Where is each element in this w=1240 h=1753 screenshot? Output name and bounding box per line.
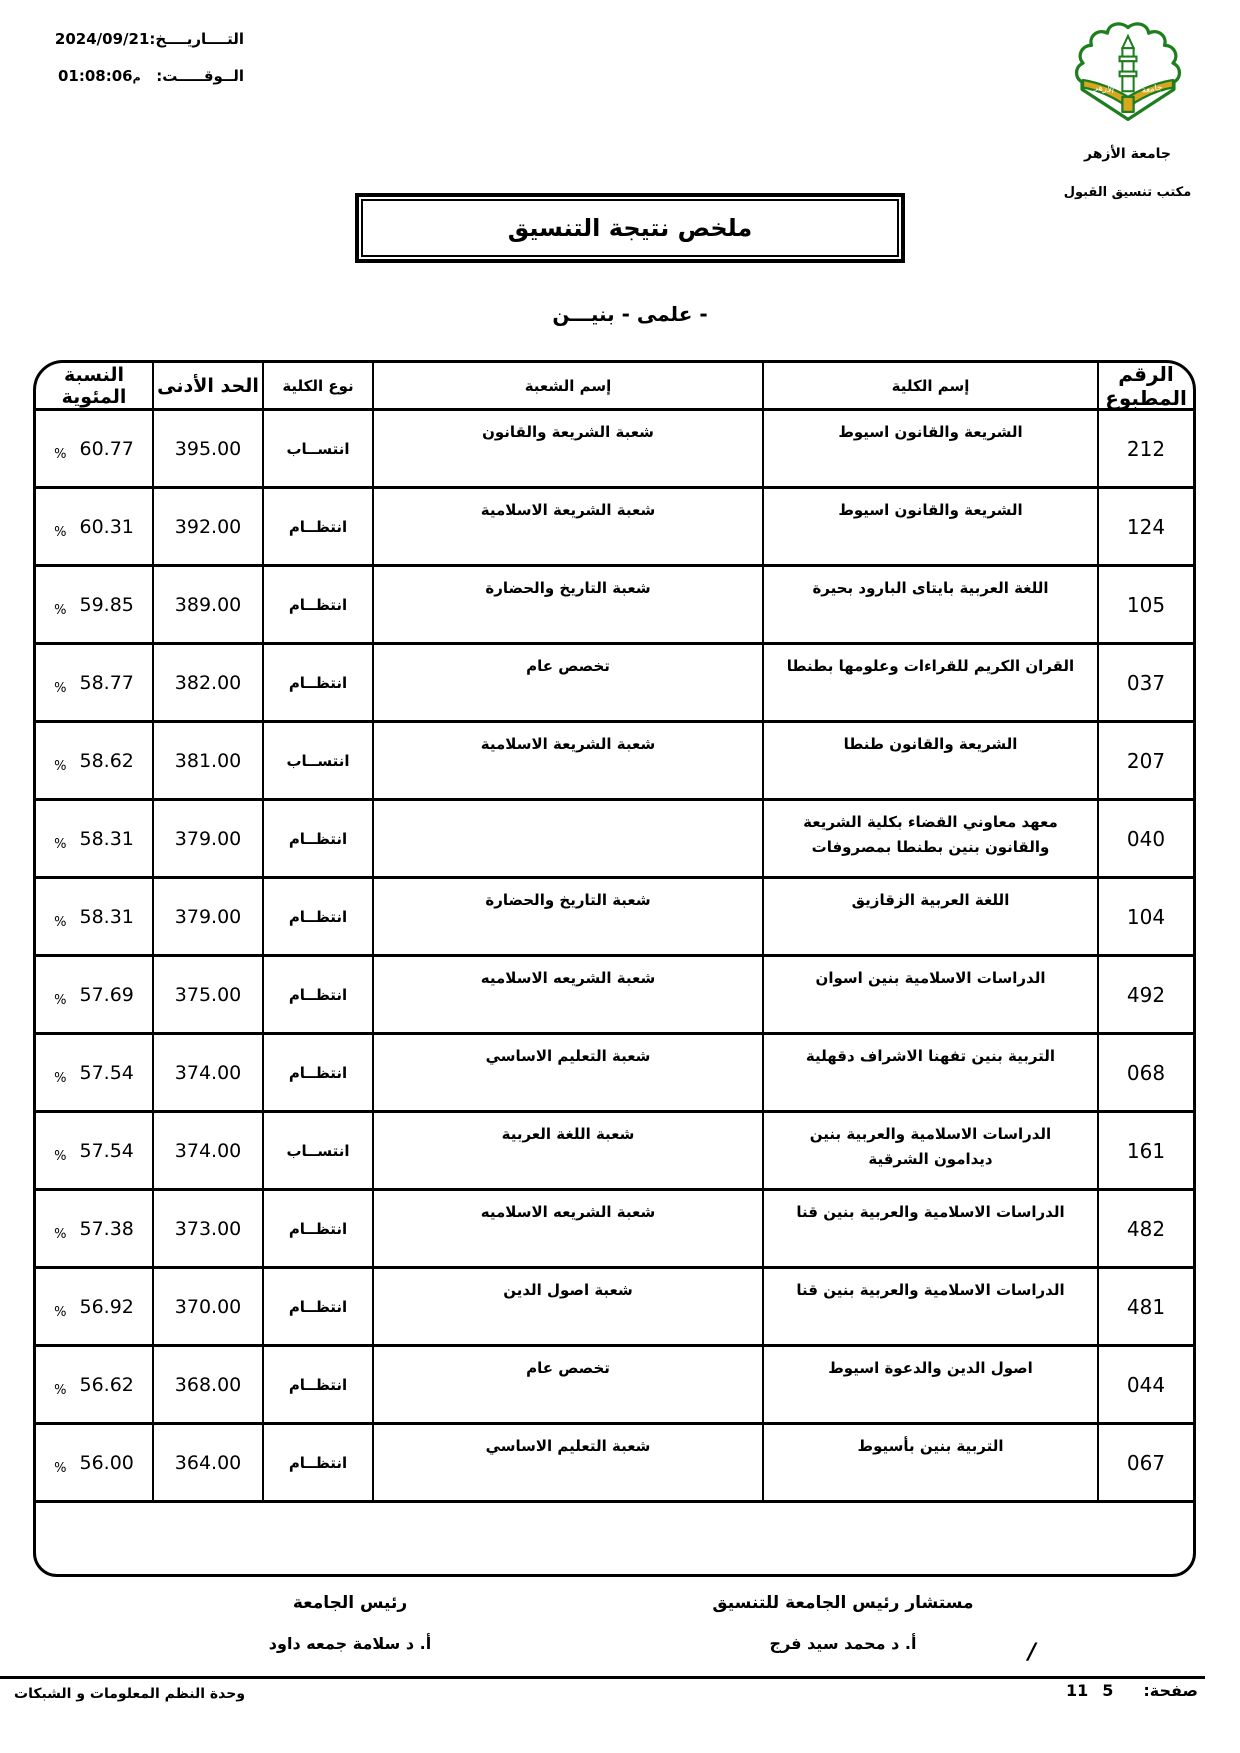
percentage-value: 56.00 [79, 1452, 133, 1474]
percent-sign: % [54, 837, 66, 852]
cell-percentage: 58.77 % [36, 645, 152, 720]
cell-percentage: 58.31 % [36, 879, 152, 954]
table-header-row: الرقم المطبوع إسم الكلية إسم الشعبة نوع … [36, 363, 1193, 411]
page-label: صفحة: [1143, 1681, 1198, 1700]
cell-minimum-score: 389.00 [152, 567, 262, 642]
percentage-value: 58.31 [79, 906, 133, 928]
cell-minimum-score: 379.00 [152, 879, 262, 954]
cell-percentage: 56.92 % [36, 1269, 152, 1344]
university-president-name: أ. د سلامة جمعه داود [160, 1634, 540, 1653]
percent-sign: % [54, 993, 66, 1008]
percentage-value: 60.31 [79, 516, 133, 538]
cell-printed-number: 212 [1097, 411, 1193, 486]
date-row: التــــاريــــخ: 2024/09/21 [58, 30, 244, 48]
table-row: 207 الشريعة والقانون طنطا شعبة الشريعة ا… [36, 723, 1193, 801]
cell-branch-name: شعبة الشريعه الاسلاميه [372, 1191, 762, 1266]
cell-branch-name: تخصص عام [372, 645, 762, 720]
table-row: 161 الدراسات الاسلامية والعربية بنين ديد… [36, 1113, 1193, 1191]
cell-branch-name: شعبة الشريعة الاسلامية [372, 489, 762, 564]
percent-sign: % [54, 525, 66, 540]
university-president-title: رئيس الجامعة [160, 1593, 540, 1613]
percent-sign: % [54, 1149, 66, 1164]
results-table: الرقم المطبوع إسم الكلية إسم الشعبة نوع … [33, 360, 1196, 1577]
date-value: 2024/09/21 [55, 30, 149, 48]
cell-minimum-score: 374.00 [152, 1113, 262, 1188]
percent-sign: % [54, 1383, 66, 1398]
cell-college-type: انتظــام [262, 645, 372, 720]
cell-printed-number: 161 [1097, 1113, 1193, 1188]
cell-branch-name: شعبة التاريخ والحضارة [372, 567, 762, 642]
cell-branch-name: تخصص عام [372, 1347, 762, 1422]
table-row: 105 اللغة العربية بايتاى البارود بحيرة ش… [36, 567, 1193, 645]
table-row: 044 اصول الدين والدعوة اسيوط تخصص عام ان… [36, 1347, 1193, 1425]
percent-sign: % [54, 1227, 66, 1242]
cell-college-name: الدراسات الاسلامية والعربية بنين ديدامون… [762, 1113, 1097, 1188]
table-empty-area [36, 1503, 1193, 1574]
cell-college-type: انتظــام [262, 801, 372, 876]
cell-printed-number: 207 [1097, 723, 1193, 798]
cell-branch-name: شعبة التاريخ والحضارة [372, 879, 762, 954]
percentage-value: 57.54 [79, 1140, 133, 1162]
cell-branch-name: شعبة اصول الدين [372, 1269, 762, 1344]
cell-percentage: 60.31 % [36, 489, 152, 564]
al-azhar-logo-icon: الأزهر جامعة [1062, 20, 1194, 140]
cell-minimum-score: 381.00 [152, 723, 262, 798]
cell-branch-name: شعبة التعليم الاساسي [372, 1425, 762, 1500]
cell-college-name: اصول الدين والدعوة اسيوط [762, 1347, 1097, 1422]
cell-percentage: 56.62 % [36, 1347, 152, 1422]
cell-minimum-score: 364.00 [152, 1425, 262, 1500]
table-row: 040 معهد معاوني القضاء بكلية الشريعة وال… [36, 801, 1193, 879]
cell-percentage: 59.85 % [36, 567, 152, 642]
cell-printed-number: 037 [1097, 645, 1193, 720]
table-row: 482 الدراسات الاسلامية والعربية بنين قنا… [36, 1191, 1193, 1269]
cell-college-name: الشريعة والقانون اسيوط [762, 411, 1097, 486]
cell-college-name: معهد معاوني القضاء بكلية الشريعة والقانو… [762, 801, 1097, 876]
percentage-value: 56.62 [79, 1374, 133, 1396]
percentage-value: 60.77 [79, 438, 133, 460]
cell-printed-number: 105 [1097, 567, 1193, 642]
cell-college-name: الدراسات الاسلامية والعربية بنين قنا [762, 1269, 1097, 1344]
slash-mark: / [1028, 1640, 1036, 1665]
table-row: 212 الشريعة والقانون اسيوط شعبة الشريعة … [36, 411, 1193, 489]
cell-college-name: التربية بنين تفهنا الاشراف دقهلية [762, 1035, 1097, 1110]
percent-sign: % [54, 1461, 66, 1476]
percentage-value: 58.62 [79, 750, 133, 772]
cell-college-type: انتســاب [262, 1113, 372, 1188]
signature-left-block: رئيس الجامعة أ. د سلامة جمعه داود [160, 1593, 540, 1653]
university-logo-block: الأزهر جامعة جامعة الأزهر مكتب تنسيق الق… [1045, 20, 1210, 200]
table-row: 067 التربية بنين بأسيوط شعبة التعليم الا… [36, 1425, 1193, 1503]
cell-branch-name: شعبة اللغة العربية [372, 1113, 762, 1188]
cell-percentage: 57.54 % [36, 1113, 152, 1188]
cell-minimum-score: 368.00 [152, 1347, 262, 1422]
time-value: 01:08:06م [58, 67, 141, 85]
percentage-value: 57.54 [79, 1062, 133, 1084]
percent-sign: % [54, 1305, 66, 1320]
cell-branch-name [372, 801, 762, 876]
cell-college-type: انتظــام [262, 489, 372, 564]
percent-sign: % [54, 447, 66, 462]
cell-college-type: انتســاب [262, 723, 372, 798]
cell-printed-number: 492 [1097, 957, 1193, 1032]
cell-minimum-score: 374.00 [152, 1035, 262, 1110]
table-body: 212 الشريعة والقانون اسيوط شعبة الشريعة … [36, 411, 1193, 1503]
title-box-inner: ملخص نتيجة التنسيق [361, 199, 899, 257]
header-branch-name: إسم الشعبة [372, 363, 762, 408]
datetime-block: التــــاريــــخ: 2024/09/21 الــوقـــــت… [58, 30, 244, 104]
cell-college-name: الشريعة والقانون اسيوط [762, 489, 1097, 564]
cell-college-type: انتظــام [262, 1425, 372, 1500]
percentage-value: 58.31 [79, 828, 133, 850]
cell-college-type: انتظــام [262, 879, 372, 954]
percent-sign: % [54, 681, 66, 696]
cell-minimum-score: 395.00 [152, 411, 262, 486]
cell-branch-name: شعبة الشريعه الاسلاميه [372, 957, 762, 1032]
cell-percentage: 56.00 % [36, 1425, 152, 1500]
table-row: 104 اللغة العربية الزقازيق شعبة التاريخ … [36, 879, 1193, 957]
cell-percentage: 57.69 % [36, 957, 152, 1032]
table-row: 037 القران الكريم للقراءات وعلومها بطنطا… [36, 645, 1193, 723]
cell-college-type: انتســاب [262, 411, 372, 486]
signature-right-block: مستشار رئيس الجامعة للتنسيق أ. د محمد سي… [648, 1593, 1038, 1653]
percentage-value: 59.85 [79, 594, 133, 616]
cell-college-name: التربية بنين بأسيوط [762, 1425, 1097, 1500]
cell-branch-name: شعبة الشريعة والقانون [372, 411, 762, 486]
cell-minimum-score: 375.00 [152, 957, 262, 1032]
cell-printed-number: 481 [1097, 1269, 1193, 1344]
percent-sign: % [54, 603, 66, 618]
it-unit-label: وحدة النظم المعلومات و الشبكات [14, 1686, 245, 1702]
header-printed-number: الرقم المطبوع [1097, 363, 1193, 408]
page-total: 11 [1066, 1681, 1088, 1700]
percent-sign: % [54, 915, 66, 930]
percentage-value: 58.77 [79, 672, 133, 694]
cell-printed-number: 044 [1097, 1347, 1193, 1422]
document-page: التــــاريــــخ: 2024/09/21 الــوقـــــت… [0, 0, 1240, 1753]
cell-college-type: انتظــام [262, 1191, 372, 1266]
cell-college-type: انتظــام [262, 1035, 372, 1110]
coordination-advisor-name: أ. د محمد سيد فرج [648, 1634, 1038, 1653]
cell-college-name: الدراسات الاسلامية بنين اسوان [762, 957, 1097, 1032]
time-suffix: م [133, 71, 141, 84]
table-row: 481 الدراسات الاسلامية والعربية بنين قنا… [36, 1269, 1193, 1347]
university-name: جامعة الأزهر [1045, 146, 1210, 162]
cell-college-type: انتظــام [262, 957, 372, 1032]
cell-percentage: 58.31 % [36, 801, 152, 876]
header-college-name: إسم الكلية [762, 363, 1097, 408]
percentage-value: 57.69 [79, 984, 133, 1006]
table-row: 068 التربية بنين تفهنا الاشراف دقهلية شع… [36, 1035, 1193, 1113]
cell-printed-number: 067 [1097, 1425, 1193, 1500]
cell-college-type: انتظــام [262, 1269, 372, 1344]
percentage-value: 57.38 [79, 1218, 133, 1240]
footer-divider-line [0, 1676, 1205, 1679]
header-percentage: النسبة المئوية [36, 363, 152, 408]
date-label: التــــاريــــخ: [149, 30, 244, 48]
cell-printed-number: 104 [1097, 879, 1193, 954]
cell-college-name: الدراسات الاسلامية والعربية بنين قنا [762, 1191, 1097, 1266]
header-minimum-score: الحد الأدنى [152, 363, 262, 408]
page-indicator: صفحة: 5 11 [1066, 1681, 1198, 1700]
cell-college-name: اللغة العربية بايتاى البارود بحيرة [762, 567, 1097, 642]
percent-sign: % [54, 759, 66, 774]
cell-minimum-score: 370.00 [152, 1269, 262, 1344]
cell-percentage: 57.54 % [36, 1035, 152, 1110]
table-row: 124 الشريعة والقانون اسيوط شعبة الشريعة … [36, 489, 1193, 567]
cell-college-type: انتظــام [262, 1347, 372, 1422]
cell-percentage: 58.62 % [36, 723, 152, 798]
header-college-type: نوع الكلية [262, 363, 372, 408]
cell-college-name: اللغة العربية الزقازيق [762, 879, 1097, 954]
cell-minimum-score: 373.00 [152, 1191, 262, 1266]
cell-college-name: القران الكريم للقراءات وعلومها بطنطا [762, 645, 1097, 720]
cell-printed-number: 482 [1097, 1191, 1193, 1266]
cell-minimum-score: 379.00 [152, 801, 262, 876]
time-row: الــوقـــــت: 01:08:06م [58, 67, 244, 85]
cell-printed-number: 068 [1097, 1035, 1193, 1110]
admissions-office-name: مكتب تنسيق القبول [1045, 185, 1210, 200]
page-current: 5 [1102, 1681, 1113, 1700]
cell-printed-number: 040 [1097, 801, 1193, 876]
cell-minimum-score: 382.00 [152, 645, 262, 720]
cell-printed-number: 124 [1097, 489, 1193, 564]
time-label: الــوقـــــت: [156, 67, 244, 85]
cell-minimum-score: 392.00 [152, 489, 262, 564]
percentage-value: 56.92 [79, 1296, 133, 1318]
cell-college-type: انتظــام [262, 567, 372, 642]
cell-branch-name: شعبة التعليم الاساسي [372, 1035, 762, 1110]
page-title: ملخص نتيجة التنسيق [508, 214, 753, 242]
percent-sign: % [54, 1071, 66, 1086]
coordination-advisor-title: مستشار رئيس الجامعة للتنسيق [648, 1593, 1038, 1613]
table-row: 492 الدراسات الاسلامية بنين اسوان شعبة ا… [36, 957, 1193, 1035]
title-box: ملخص نتيجة التنسيق [355, 193, 905, 263]
cell-college-name: الشريعة والقانون طنطا [762, 723, 1097, 798]
section-subtitle: - علمى - بنيـــن [355, 302, 905, 326]
cell-percentage: 57.38 % [36, 1191, 152, 1266]
cell-branch-name: شعبة الشريعة الاسلامية [372, 723, 762, 798]
cell-percentage: 60.77 % [36, 411, 152, 486]
